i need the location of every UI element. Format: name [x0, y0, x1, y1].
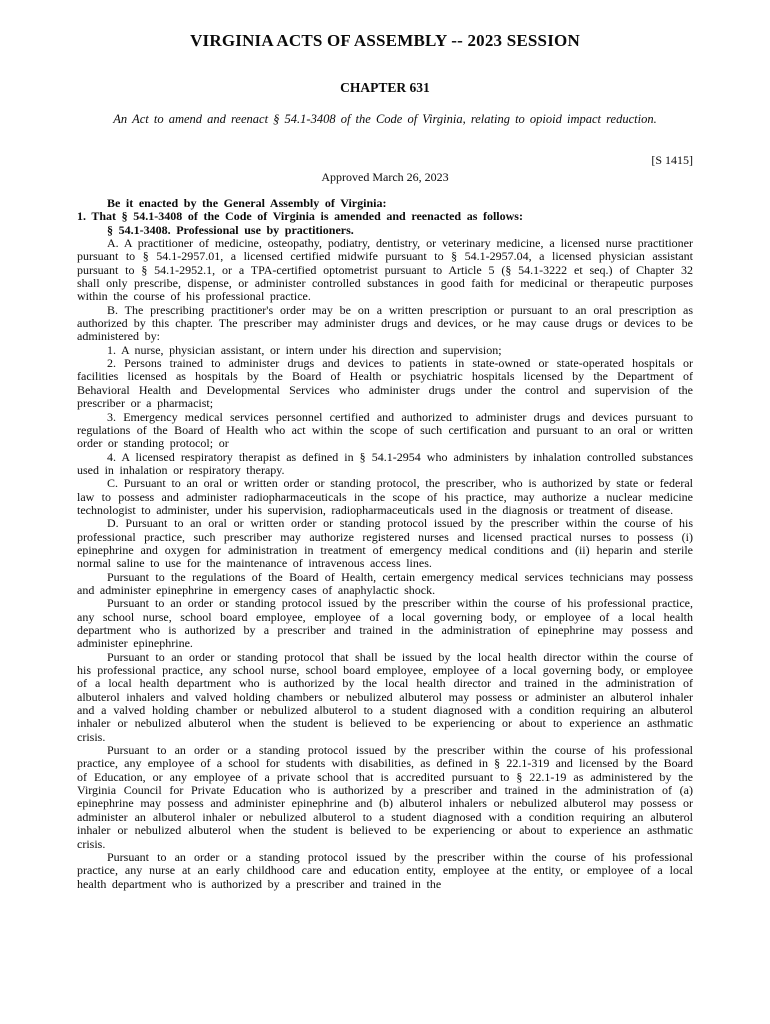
act-body: Be it enacted by the General Assembly of… [77, 197, 693, 891]
paragraph: D. Pursuant to an oral or written order … [77, 517, 693, 570]
chapter-heading: CHAPTER 631 [77, 80, 693, 96]
paragraph: 4. A licensed respiratory therapist as d… [77, 451, 693, 478]
act-description: An Act to amend and reenact § 54.1-3408 … [77, 112, 693, 127]
bill-number: [S 1415] [77, 153, 693, 167]
paragraph: Pursuant to an order or a standing proto… [77, 851, 693, 891]
document-content: VIRGINIA ACTS OF ASSEMBLY -- 2023 SESSIO… [77, 0, 693, 891]
paragraph: C. Pursuant to an oral or written order … [77, 477, 693, 517]
paragraph: B. The prescribing practitioner's order … [77, 304, 693, 344]
paragraph: Pursuant to the regulations of the Board… [77, 571, 693, 598]
paragraph: Pursuant to an order or standing protoco… [77, 597, 693, 650]
paragraph: 3. Emergency medical services personnel … [77, 411, 693, 451]
paragraph: Pursuant to an order or standing protoco… [77, 651, 693, 744]
document-title: VIRGINIA ACTS OF ASSEMBLY -- 2023 SESSIO… [77, 0, 693, 51]
paragraph: 1. A nurse, physician assistant, or inte… [77, 344, 693, 357]
paragraph: Be it enacted by the General Assembly of… [77, 197, 693, 210]
paragraph: 2. Persons trained to administer drugs a… [77, 357, 693, 410]
paragraph: § 54.1-3408. Professional use by practit… [77, 224, 693, 237]
document-page: VIRGINIA ACTS OF ASSEMBLY -- 2023 SESSIO… [0, 0, 770, 1024]
approval-date: Approved March 26, 2023 [77, 170, 693, 184]
paragraph: 1. That § 54.1-3408 of the Code of Virgi… [77, 210, 693, 223]
paragraph: A. A practitioner of medicine, osteopath… [77, 237, 693, 304]
paragraph: Pursuant to an order or a standing proto… [77, 744, 693, 851]
